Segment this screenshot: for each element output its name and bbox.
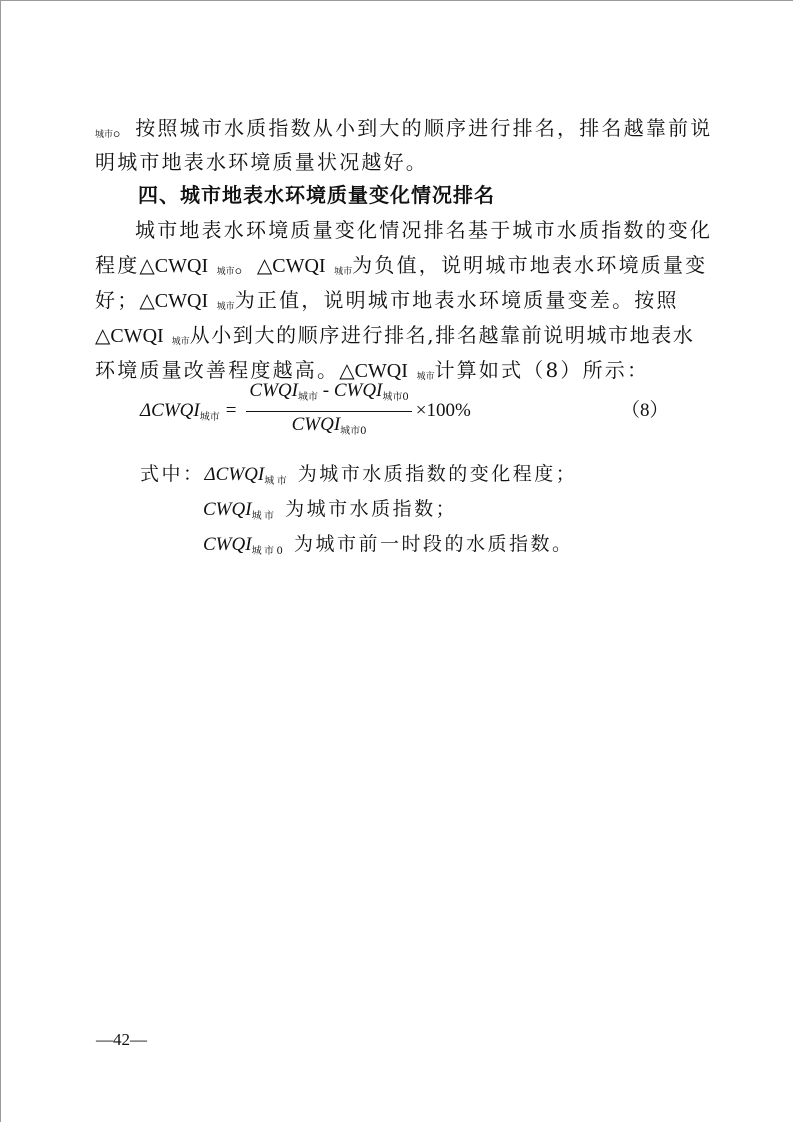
text: 。 bbox=[235, 253, 257, 277]
page-number: —42— bbox=[96, 1030, 147, 1050]
paragraph-continuation-line-1: 城市。按照城市水质指数从小到大的顺序进行排名，排名越靠前说 bbox=[95, 113, 701, 150]
paragraph-line-4: △CWQI 城市从小到大的顺序进行排名,排名越靠前说明城市地表水 bbox=[95, 320, 701, 357]
text: 程度 bbox=[95, 253, 139, 277]
subscript: 城市 bbox=[200, 412, 220, 423]
denominator: CWQI城市0 bbox=[292, 412, 367, 444]
text: 。按照城市水质指数从小到大的顺序进行排名，排名越靠前说 bbox=[113, 116, 712, 140]
cwqi-symbol: CWQI bbox=[203, 499, 252, 520]
subscript: 城市0 bbox=[382, 392, 408, 403]
equals-sign: = bbox=[226, 400, 237, 422]
fraction: CWQI城市 - CWQI城市0 CWQI城市0 bbox=[246, 379, 411, 444]
paragraph-line-2: 程度△CWQI 城市。△CWQI 城市为负值，说明城市地表水环境质量变 bbox=[95, 250, 701, 287]
minus-sign: - bbox=[318, 380, 334, 401]
subscript: 城市 bbox=[334, 267, 352, 277]
where-desc: 为城市水质指数； bbox=[285, 498, 457, 520]
subscript: 城市 bbox=[217, 267, 235, 277]
where-item-3: CWQI城市0 为城市前一时段的水质指数。 bbox=[203, 529, 574, 567]
equation-8: ΔCWQI城市 = CWQI城市 - CWQI城市0 CWQI城市0 ×100% bbox=[140, 383, 471, 439]
subscript: 城市 bbox=[264, 476, 289, 487]
equation-lhs: ΔCWQI城市 bbox=[140, 400, 220, 423]
paragraph-line-3: 好；△CWQI 城市为正值，说明城市地表水环境质量变差。按照 bbox=[95, 285, 701, 322]
equation-number: （8） bbox=[621, 395, 669, 422]
where-item-2: CWQI城市 为城市水质指数； bbox=[203, 494, 457, 532]
where-label: 式中： bbox=[140, 463, 205, 485]
delta-cwqi-symbol: ΔCWQI bbox=[205, 464, 265, 485]
text: 为正值，说明城市地表水环境质量变差。按照 bbox=[235, 288, 679, 312]
subscript: 城市0 bbox=[340, 426, 366, 437]
where-desc: 为城市水质指数的变化程度； bbox=[298, 463, 578, 485]
section-heading: 四、城市地表水环境质量变化情况排名 bbox=[138, 180, 495, 210]
cwqi-symbol: CWQI bbox=[249, 380, 298, 401]
subscript: 城市 bbox=[172, 337, 190, 347]
text: 从小到大的顺序进行排名,排名越靠前说明城市地表水 bbox=[190, 323, 695, 347]
text: 为负值，说明城市地表水环境质量变 bbox=[352, 253, 707, 277]
cwqi-symbol: △CWQI bbox=[139, 255, 208, 277]
numerator: CWQI城市 - CWQI城市0 bbox=[246, 379, 411, 412]
paragraph-line-1: 城市地表水环境质量变化情况排名基于城市水质指数的变化 bbox=[135, 215, 701, 245]
page-border-top bbox=[0, 0, 793, 1]
cwqi-symbol: △CWQI bbox=[139, 290, 208, 312]
subscript: 城市 bbox=[298, 392, 318, 403]
text: 计算如式（8）所示： bbox=[434, 358, 649, 382]
subscript: 城市 bbox=[95, 130, 113, 140]
subscript: 城市 bbox=[416, 372, 434, 382]
cwqi-symbol: CWQI bbox=[292, 414, 341, 435]
cwqi-symbol: △CWQI bbox=[95, 325, 164, 347]
subscript: 城市 bbox=[252, 511, 277, 522]
subscript: 城市 bbox=[217, 302, 235, 312]
where-item-1: 式中：ΔCWQI城市 为城市水质指数的变化程度； bbox=[140, 459, 577, 497]
subscript: 城市0 bbox=[252, 546, 286, 557]
times-100-percent: ×100% bbox=[416, 400, 471, 422]
cwqi-symbol: CWQI bbox=[334, 380, 383, 401]
where-desc: 为城市前一时段的水质指数。 bbox=[294, 533, 574, 555]
cwqi-symbol: △CWQI bbox=[257, 255, 326, 277]
text: 好； bbox=[95, 288, 139, 312]
delta-cwqi-symbol: ΔCWQI bbox=[140, 400, 200, 421]
page-border-left bbox=[0, 0, 1, 1122]
cwqi-symbol: CWQI bbox=[203, 534, 252, 555]
paragraph-continuation-line-2: 明城市地表水环境质量状况越好。 bbox=[95, 147, 701, 177]
